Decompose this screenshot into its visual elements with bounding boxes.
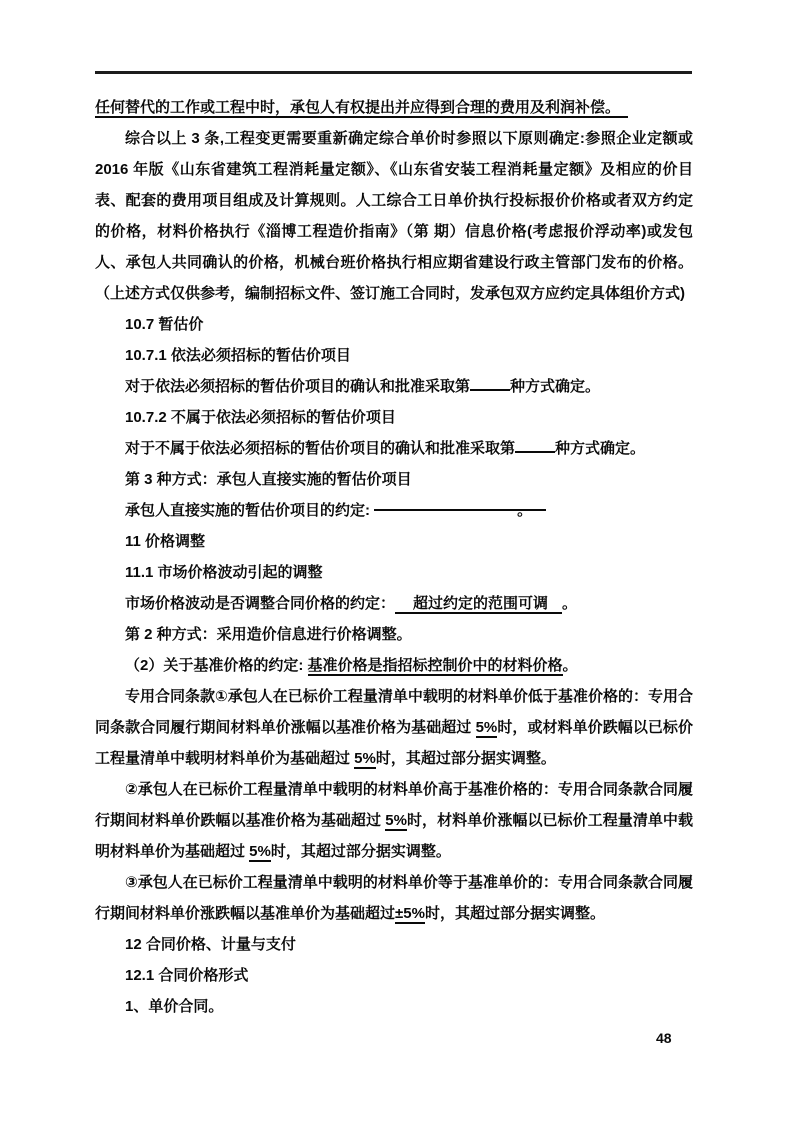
header-rule [95,71,692,74]
clause-text: 时，其超过部分据实调整。 [271,843,451,860]
paragraph-direct-implementation: 承包人直接实施的暂估价项目的约定: 。 [95,495,693,526]
heading-11-1: 11.1 市场价格波动引起的调整 [95,557,693,588]
fill-blank [515,437,555,453]
heading-12-1: 12.1 合同价格形式 [95,960,693,991]
text-after-blank: 种方式确定。 [510,378,600,395]
clause-text: 时，其超过部分据实调整。 [376,750,556,767]
paragraph-base-price: （2）关于基准价格的约定: 基准价格是指招标控制价中的材料价格。 [95,650,693,681]
heading-10-7-1: 10.7.1 依法必须招标的暂估价项目 [95,340,693,371]
paragraph-clause-1: 专用合同条款①承包人在已标价工程量清单中载明的材料单价低于基准价格的：专用合同条… [95,681,693,774]
text-before-blank: 对于依法必须招标的暂估价项目的确认和批准采取第 [125,378,470,395]
heading-12: 12 合同价格、计量与支付 [95,929,693,960]
carryover-underlined-text: 任何替代的工作或工程中时，承包人有权提出并应得到合理的费用及利润补偿。 [95,99,628,118]
underlined-percentage: 5% [354,750,376,769]
text-before-blank: 对于不属于依法必须招标的暂估价项目的确认和批准采取第 [125,440,515,457]
paragraph-variation-principles: 综合以上 3 条,工程变更需要重新确定综合单价时参照以下原则确定:参照企业定额或… [95,123,693,309]
page-number: 48 [656,1030,672,1046]
filled-blank-text: 基准价格是指招标控制价中的材料价格 [308,657,563,676]
text-after-filled-blank: 。 [562,595,577,612]
paragraph-clause-2: ②承包人在已标价工程量清单中载明的材料单价高于基准价格的：专用合同条款合同履行期… [95,774,693,867]
text-after-filled-blank: 。 [563,657,578,674]
underlined-percentage: 5% [476,719,498,738]
paragraph-market-fluctuation: 市场价格波动是否调整合同价格的约定：超过约定的范围可调。 [95,588,693,619]
paragraph-10-7-1-blank: 对于依法必须招标的暂估价项目的确认和批准采取第种方式确定。 [95,371,693,402]
paragraph-method-3: 第 3 种方式：承包人直接实施的暂估价项目 [95,464,693,495]
document-content: 任何替代的工作或工程中时，承包人有权提出并应得到合理的费用及利润补偿。 综合以上… [95,92,693,1022]
document-page: 任何替代的工作或工程中时，承包人有权提出并应得到合理的费用及利润补偿。 综合以上… [0,0,793,1121]
paragraph-method-2: 第 2 种方式：采用造价信息进行价格调整。 [95,619,693,650]
fill-blank-long: 。 [374,495,546,511]
paragraph-clause-3: ③承包人在已标价工程量清单中载明的材料单价等于基准单价的：专用合同条款合同履行期… [95,867,693,929]
paragraph-unit-contract: 1、单价合同。 [95,991,693,1022]
paragraph-10-7-2-blank: 对于不属于依法必须招标的暂估价项目的确认和批准采取第种方式确定。 [95,433,693,464]
text-before-filled-blank: （2）关于基准价格的约定: [125,657,308,674]
heading-11: 11 价格调整 [95,526,693,557]
underlined-percentage: 5% [385,812,407,831]
fill-blank [470,375,510,391]
text-before-filled-blank: 市场价格波动是否调整合同价格的约定： [125,595,395,612]
filled-blank-text: 超过约定的范围可调 [395,595,562,614]
heading-10-7: 10.7 暂估价 [95,309,693,340]
underlined-percentage: 5% [249,843,271,862]
clause-text: 时，其超过部分据实调整。 [425,905,605,922]
underlined-percentage: ±5% [395,905,425,924]
paragraph-carryover: 任何替代的工作或工程中时，承包人有权提出并应得到合理的费用及利润补偿。 [95,92,693,123]
heading-10-7-2: 10.7.2 不属于依法必须招标的暂估价项目 [95,402,693,433]
text-after-blank: 种方式确定。 [555,440,645,457]
text-before-blank: 承包人直接实施的暂估价项目的约定: [125,502,374,519]
